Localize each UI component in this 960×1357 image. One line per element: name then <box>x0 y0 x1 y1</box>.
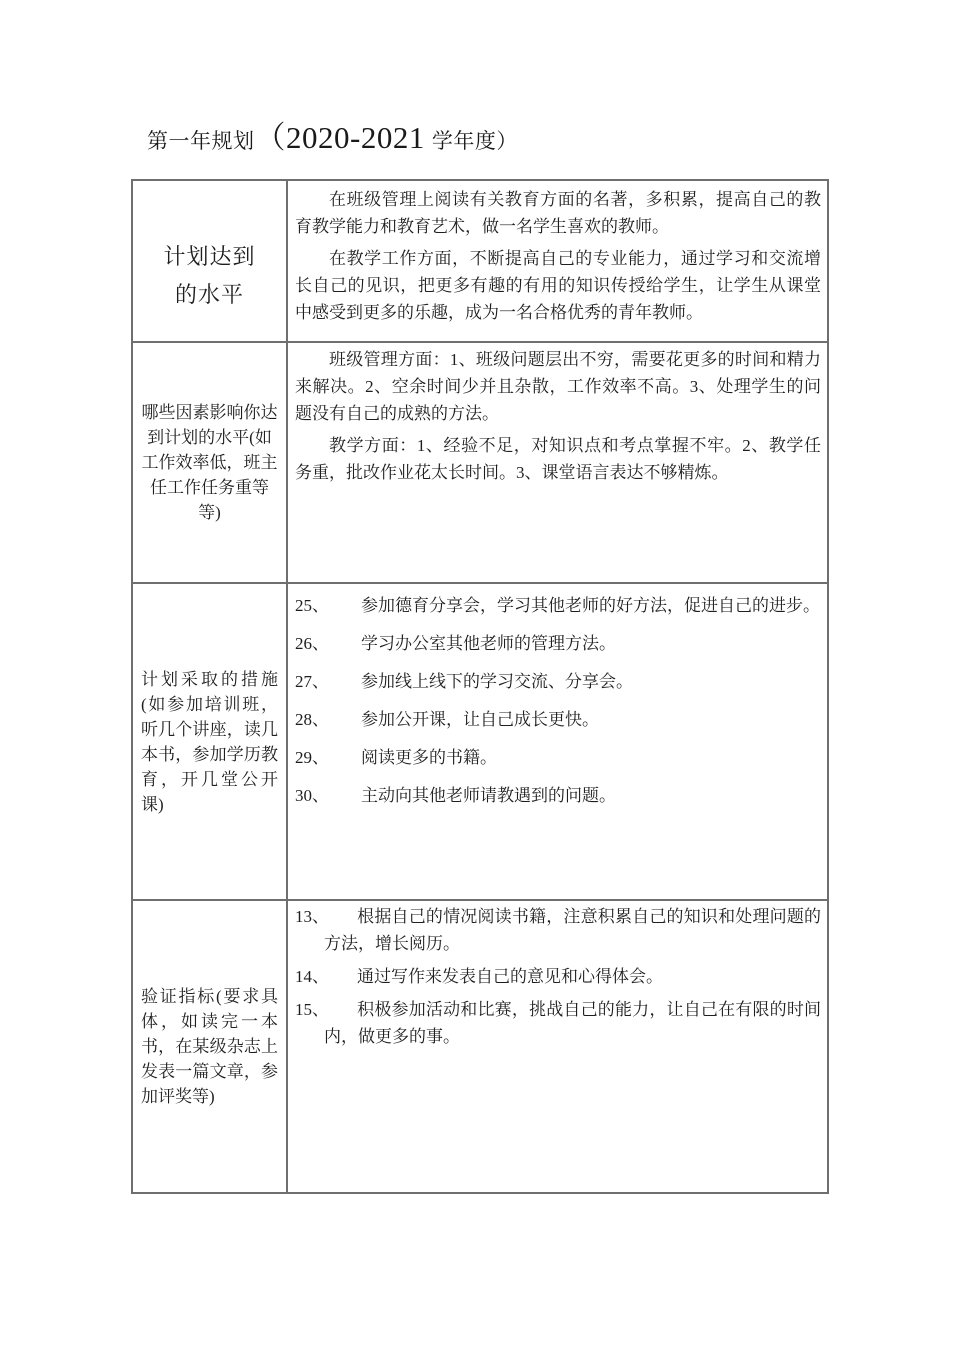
list-item-number: 30、 <box>295 782 361 809</box>
paragraph: 在班级管理上阅读有关教育方面的名著，多积累，提高自己的教育教学能力和教育艺术，做… <box>295 186 821 240</box>
list-item-number: 27、 <box>295 668 361 695</box>
list-item: 15、积极参加活动和比赛，挑战自己的能力，让自己在有限的时间内，做更多的事。 <box>295 996 821 1050</box>
paragraph: 教学方面：1、经验不足，对知识点和考点掌握不牢。2、教学任务重，批改作业花太长时… <box>295 432 821 486</box>
list-item: 29、阅读更多的书籍。 <box>295 744 821 771</box>
cell-plan-level-content: 在班级管理上阅读有关教育方面的名著，多积累，提高自己的教育教学能力和教育艺术，做… <box>286 181 827 341</box>
header-text: 计划采取的措施(如参加培训班，听几个讲座，读几本书，参加学历教育，开几堂公开课) <box>133 667 286 817</box>
list-item: 28、参加公开课，让自己成长更快。 <box>295 706 821 733</box>
list-item-text: 学习办公室其他老师的管理方法。 <box>361 634 616 653</box>
list-item-number: 26、 <box>295 630 361 657</box>
list-item: 25、参加德育分享会，学习其他老师的好方法，促进自己的进步。 <box>295 592 821 619</box>
document-page: 第一年规划 （2020-2021 学年度） 计划达到 的水平 在班级管理上阅读有… <box>0 0 960 1357</box>
list-item-number: 15、 <box>295 996 357 1023</box>
list-item: 26、学习办公室其他老师的管理方法。 <box>295 630 821 657</box>
list-item-text: 积极参加活动和比赛，挑战自己的能力，让自己在有限的时间内，做更多的事。 <box>324 1000 821 1046</box>
list-item-number: 25、 <box>295 592 361 619</box>
row-header-verification-indicators: 验证指标(要求具体，如读完一本书，在某级杂志上发表一篇文章，参加评奖等) <box>133 899 286 1192</box>
row-header-planned-measures: 计划采取的措施(如参加培训班，听几个讲座，读几本书，参加学历教育，开几堂公开课) <box>133 582 286 899</box>
header-line-2: 的水平 <box>133 276 286 314</box>
list-item-number: 29、 <box>295 744 361 771</box>
list-item-text: 参加公开课，让自己成长更快。 <box>361 710 599 729</box>
title-prefix: 第一年规划 <box>147 125 255 155</box>
list-item-text: 主动向其他老师请教遇到的问题。 <box>361 786 616 805</box>
cell-verification-indicators-content: 13、根据自己的情况阅读书籍，注意积累自己的知识和处理问题的方法，增长阅历。 1… <box>286 899 827 1192</box>
row-header-influencing-factors: 哪些因素影响你达到计划的水平(如工作效率低，班主任工作任务重等等) <box>133 341 286 582</box>
list-item-text: 根据自己的情况阅读书籍，注意积累自己的知识和处理问题的方法，增长阅历。 <box>324 907 821 953</box>
cell-planned-measures-content: 25、参加德育分享会，学习其他老师的好方法，促进自己的进步。 26、学习办公室其… <box>286 582 827 899</box>
list-item-text: 参加德育分享会，学习其他老师的好方法，促进自己的进步。 <box>361 596 820 615</box>
list-item: 27、参加线上线下的学习交流、分享会。 <box>295 668 821 695</box>
list-item: 14、通过写作来发表自己的意见和心得体会。 <box>295 963 821 990</box>
paragraph: 班级管理方面：1、班级问题层出不穷，需要花更多的时间和精力来解决。2、空余时间少… <box>295 346 821 427</box>
list-item-number: 14、 <box>295 963 357 990</box>
list-item-text: 参加线上线下的学习交流、分享会。 <box>361 672 633 691</box>
paragraph: 在教学工作方面，不断提高自己的专业能力，通过学习和交流增长自己的见识，把更多有趣… <box>295 245 821 326</box>
list-item-number: 28、 <box>295 706 361 733</box>
list-item-number: 13、 <box>295 903 357 930</box>
list-item-text: 阅读更多的书籍。 <box>361 748 497 767</box>
title-year: （2020-2021 <box>255 112 425 157</box>
list-item-text: 通过写作来发表自己的意见和心得体会。 <box>357 967 663 986</box>
cell-influencing-factors-content: 班级管理方面：1、班级问题层出不穷，需要花更多的时间和精力来解决。2、空余时间少… <box>286 341 827 582</box>
title-suffix: 学年度） <box>432 125 518 155</box>
header-text: 验证指标(要求具体，如读完一本书，在某级杂志上发表一篇文章，参加评奖等) <box>133 984 286 1109</box>
plan-table: 计划达到 的水平 在班级管理上阅读有关教育方面的名著，多积累，提高自己的教育教学… <box>131 179 829 1194</box>
list-item: 30、主动向其他老师请教遇到的问题。 <box>295 782 821 809</box>
row-header-plan-level: 计划达到 的水平 <box>133 181 286 341</box>
header-text: 哪些因素影响你达到计划的水平(如工作效率低，班主任工作任务重等等) <box>133 400 286 525</box>
list-item: 13、根据自己的情况阅读书籍，注意积累自己的知识和处理问题的方法，增长阅历。 <box>295 903 821 957</box>
page-title: 第一年规划 （2020-2021 学年度） <box>147 112 518 157</box>
header-line-1: 计划达到 <box>133 238 286 276</box>
